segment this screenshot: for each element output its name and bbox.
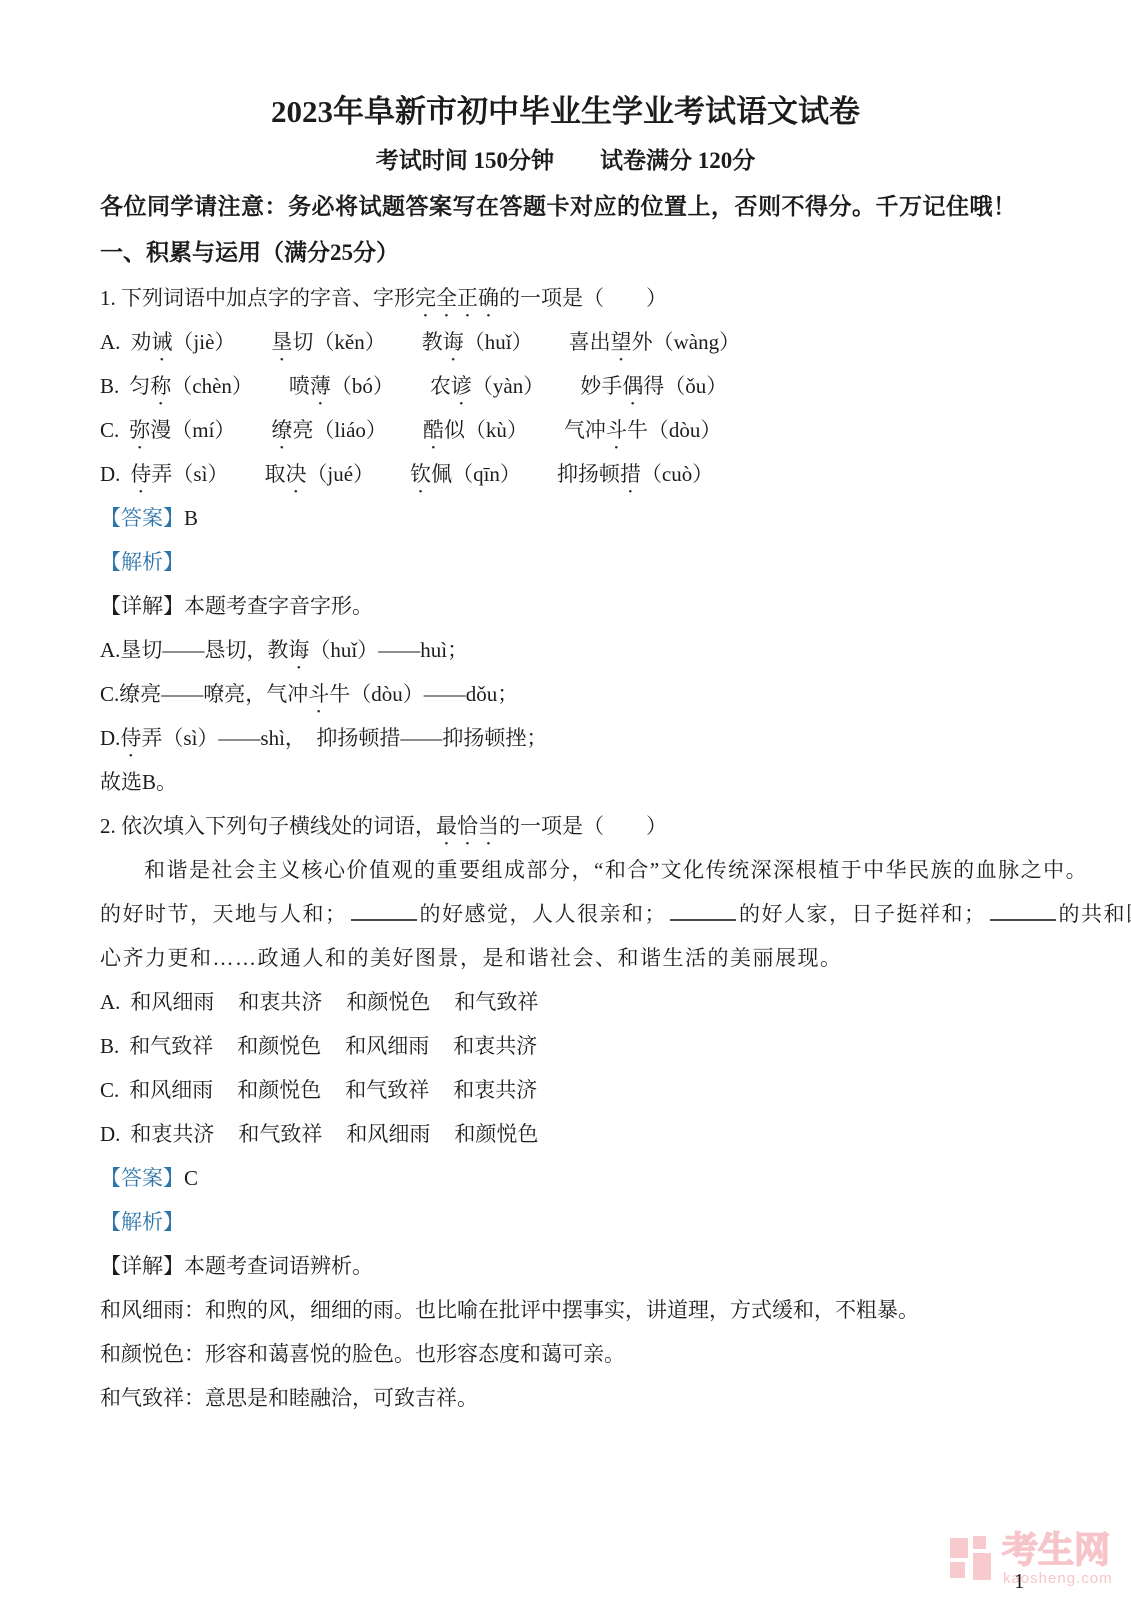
exam-notice: 各位同学请注意：务必将试题答案写在答题卡对应的位置上，否则不得分。千万记住哦！ bbox=[100, 184, 1031, 230]
detail-marker: 【详解】 bbox=[100, 594, 184, 618]
option-label: D. bbox=[100, 1122, 120, 1146]
option-item: 劝诫（jiè） bbox=[130, 330, 235, 354]
q1-stem-tail: 的一项是（ ） bbox=[499, 286, 667, 310]
kaosheng-watermark: 考生网 kaosheng.com bbox=[948, 1532, 1114, 1590]
option-item: 弥漫（mí） bbox=[129, 418, 235, 442]
option-item: 和衷共济 bbox=[238, 990, 322, 1014]
q2-stem-dotted: 最恰当 bbox=[436, 814, 499, 838]
q1-detail-c: C.缭亮——嘹亮，气冲斗牛（dòu）——dǒu； bbox=[100, 672, 1031, 716]
fill-blank bbox=[990, 899, 1056, 921]
q2-option-d: D.和衷共济和气致祥和风细雨和颜悦色 bbox=[100, 1112, 1031, 1156]
q1-detail-a: A.垦切——恳切，教诲（huǐ）——huì； bbox=[100, 628, 1031, 672]
option-item: 和风细雨 bbox=[130, 990, 214, 1014]
fill-blank bbox=[670, 899, 736, 921]
answer-marker: 【答案】 bbox=[100, 1166, 184, 1190]
q1-detail-line: 【详解】本题考查字音字形。 bbox=[100, 584, 1031, 628]
option-item: 和风细雨 bbox=[129, 1078, 213, 1102]
option-label: B. bbox=[100, 374, 119, 398]
option-item: 酷似（kù） bbox=[423, 418, 528, 442]
option-item: 和衷共济 bbox=[453, 1078, 537, 1102]
q2-passage-line1: 和谐是社会主义核心价值观的重要组成部分，“和合”文化传统深深根植于中华民族的血脉… bbox=[100, 848, 1031, 892]
option-label: C. bbox=[100, 1078, 119, 1102]
exam-meta: 考试时间 150分钟试卷满分 120分 bbox=[100, 138, 1031, 184]
option-item: 和风细雨 bbox=[345, 1034, 429, 1058]
option-item: 农谚（yàn） bbox=[430, 374, 544, 398]
option-item: 和颜悦色 bbox=[346, 990, 430, 1014]
option-item: 气冲斗牛（dòu） bbox=[564, 418, 722, 442]
option-item: 侍弄（sì） bbox=[130, 462, 228, 486]
option-item: 缭亮（liáo） bbox=[271, 418, 387, 442]
exam-paper-page: 2023年阜新市初中毕业生学业考试语文试卷 考试时间 150分钟试卷满分 120… bbox=[0, 0, 1131, 1600]
option-item: 和颜悦色 bbox=[237, 1078, 321, 1102]
analysis-marker: 【解析】 bbox=[100, 550, 184, 574]
q2-answer-line: 【答案】C bbox=[100, 1156, 1031, 1200]
analysis-marker: 【解析】 bbox=[100, 1210, 184, 1234]
q2-stem-tail: 的一项是（ ） bbox=[499, 814, 667, 838]
option-item: 妙手偶得（ǒu） bbox=[580, 374, 727, 398]
answer-marker: 【答案】 bbox=[100, 506, 184, 530]
q1-conclusion: 故选B。 bbox=[100, 760, 1031, 804]
option-label: A. bbox=[100, 330, 120, 354]
option-item: 和气致祥 bbox=[129, 1034, 213, 1058]
option-label: D. bbox=[100, 462, 120, 486]
option-item: 取决（jué） bbox=[264, 462, 374, 486]
idiom-definition-2: 和颜悦色：形容和蔼喜悦的脸色。也形容态度和蔼可亲。 bbox=[100, 1332, 1031, 1376]
idiom-definition-1: 和风细雨：和煦的风，细细的雨。也比喻在批评中摆事实，讲道理，方式缓和，不粗暴。 bbox=[100, 1288, 1031, 1332]
q2-detail-line: 【详解】本题考查词语辨析。 bbox=[100, 1244, 1031, 1288]
option-item: 和衷共济 bbox=[130, 1122, 214, 1146]
q2-option-c: C.和风细雨和颜悦色和气致祥和衷共济 bbox=[100, 1068, 1031, 1112]
q1-option-b: B.匀称（chèn）喷薄（bó）农谚（yàn）妙手偶得（ǒu） bbox=[100, 364, 1031, 408]
q2-option-b: B.和气致祥和颜悦色和风细雨和衷共济 bbox=[100, 1024, 1031, 1068]
page-number: 1 bbox=[1014, 1568, 1025, 1594]
option-item: 喜出望外（wàng） bbox=[569, 330, 741, 354]
idiom-definition-3: 和气致祥：意思是和睦融洽，可致吉祥。 bbox=[100, 1376, 1031, 1420]
detail-marker: 【详解】 bbox=[100, 1254, 184, 1278]
q1-analysis-line: 【解析】 bbox=[100, 540, 1031, 584]
q2-passage-line2: 的好时节，天地与人和；的好感觉，人人很亲和；的好人家，日子挺祥和；的共和国， bbox=[100, 892, 1031, 936]
q1-option-c: C.弥漫（mí）缭亮（liáo）酷似（kù）气冲斗牛（dòu） bbox=[100, 408, 1031, 452]
option-item: 垦切（kěn） bbox=[271, 330, 385, 354]
option-label: C. bbox=[100, 418, 119, 442]
option-item: 和风细雨 bbox=[346, 1122, 430, 1146]
q1-answer-line: 【答案】B bbox=[100, 496, 1031, 540]
section-heading: 一、积累与运用（满分25分） bbox=[100, 230, 1031, 276]
fill-blank bbox=[351, 899, 417, 921]
q1-stem-text: 1. 下列词语中加点字的字音、字形 bbox=[100, 286, 415, 310]
option-item: 和气致祥 bbox=[238, 1122, 322, 1146]
option-item: 和颜悦色 bbox=[237, 1034, 321, 1058]
option-item: 和颜悦色 bbox=[454, 1122, 538, 1146]
option-item: 和气致祥 bbox=[454, 990, 538, 1014]
q2-analysis-line: 【解析】 bbox=[100, 1200, 1031, 1244]
exam-time: 考试时间 150分钟 bbox=[376, 148, 554, 173]
option-item: 和气致祥 bbox=[345, 1078, 429, 1102]
option-label: A. bbox=[100, 990, 120, 1014]
option-item: 和衷共济 bbox=[453, 1034, 537, 1058]
q2-option-a: A.和风细雨和衷共济和颜悦色和气致祥 bbox=[100, 980, 1031, 1024]
q2-stem: 2. 依次填入下列句子横线处的词语，最恰当的一项是（ ） bbox=[100, 804, 1031, 848]
q2-stem-text: 2. 依次填入下列句子横线处的词语， bbox=[100, 814, 436, 838]
q1-stem: 1. 下列词语中加点字的字音、字形完全正确的一项是（ ） bbox=[100, 276, 1031, 320]
q1-option-a: A.劝诫（jiè）垦切（kěn）教诲（huǐ）喜出望外（wàng） bbox=[100, 320, 1031, 364]
option-item: 抑扬顿措（cuò） bbox=[557, 462, 713, 486]
q1-stem-dotted: 完全正确 bbox=[415, 286, 499, 310]
option-item: 教诲（huǐ） bbox=[422, 330, 533, 354]
q1-detail-text: 本题考查字音字形。 bbox=[184, 594, 373, 618]
option-item: 匀称（chèn） bbox=[129, 374, 253, 398]
watermark-site-name: 考生网 bbox=[1002, 1530, 1110, 1570]
page-content: 2023年阜新市初中毕业生学业考试语文试卷 考试时间 150分钟试卷满分 120… bbox=[0, 0, 1131, 1420]
option-label: B. bbox=[100, 1034, 119, 1058]
kaosheng-logo-icon bbox=[948, 1532, 994, 1590]
page-title: 2023年阜新市初中毕业生学业考试语文试卷 bbox=[100, 86, 1031, 138]
option-item: 喷薄（bó） bbox=[289, 374, 394, 398]
q2-passage-line3: 心齐力更和……政通人和的美好图景，是和谐社会、和谐生活的美丽展现。 bbox=[100, 936, 1031, 980]
q1-option-d: D.侍弄（sì）取决（jué）钦佩（qīn）抑扬顿措（cuò） bbox=[100, 452, 1031, 496]
exam-full-score: 试卷满分 120分 bbox=[600, 148, 755, 173]
q2-answer-value: C bbox=[184, 1166, 198, 1190]
q1-answer-value: B bbox=[184, 506, 198, 530]
q2-detail-text: 本题考查词语辨析。 bbox=[184, 1254, 373, 1278]
q1-detail-d: D.侍弄（sì）——shì， 抑扬顿措——抑扬顿挫； bbox=[100, 716, 1031, 760]
option-item: 钦佩（qīn） bbox=[410, 462, 521, 486]
